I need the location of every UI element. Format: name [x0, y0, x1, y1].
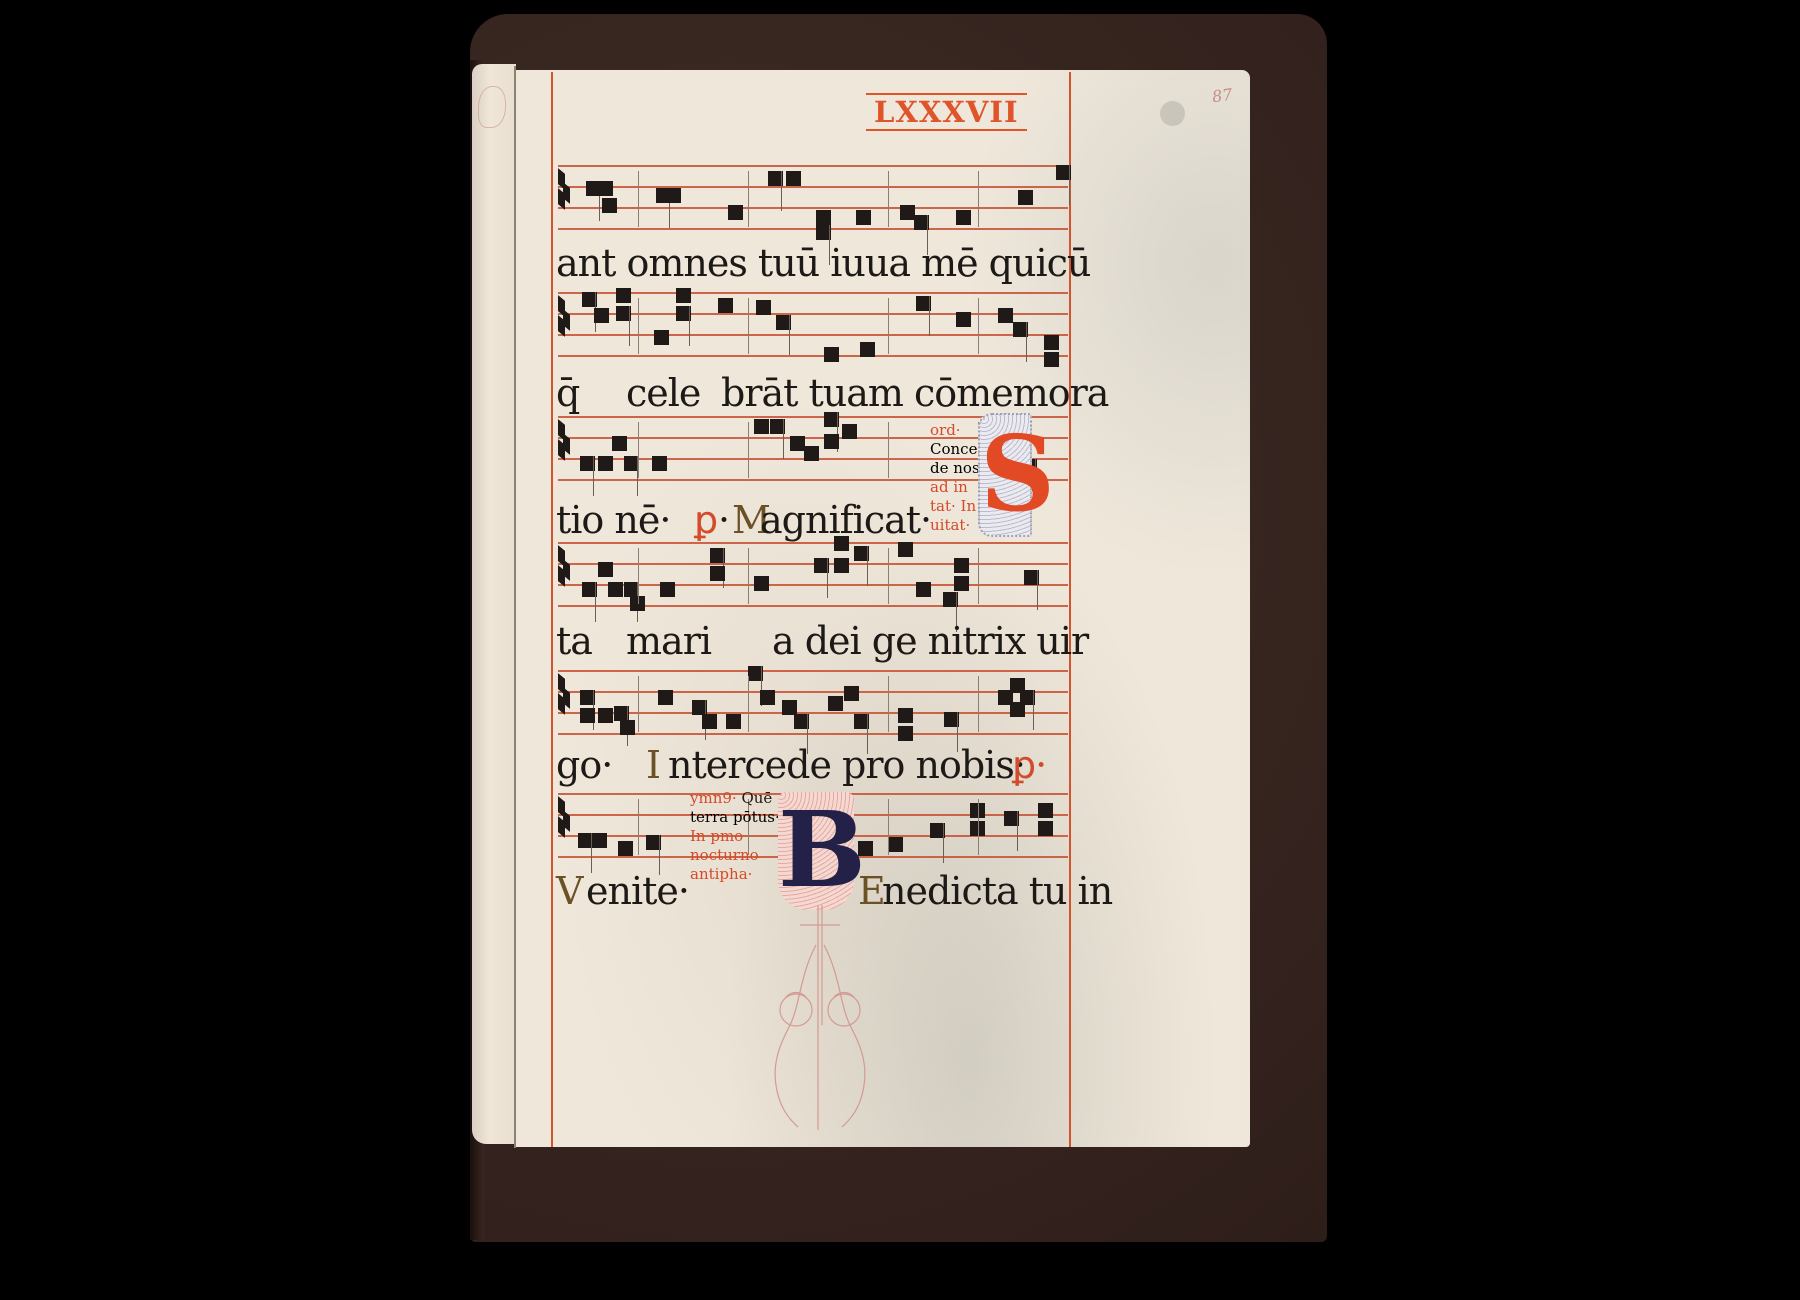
neume-note [930, 823, 945, 838]
rubric-segment: In pmo [690, 827, 743, 845]
lyric-text: cele [626, 370, 700, 416]
neume-note [580, 708, 595, 723]
neume-note [1044, 335, 1059, 350]
division-stroke [638, 422, 639, 478]
lyric-line: tamaria dei ge nitrix uir [556, 618, 1068, 664]
neume-note [654, 330, 669, 345]
neume-note [666, 188, 681, 203]
neume-note [608, 582, 623, 597]
lyric-line: q̄celebrāt tuam cōmemora [556, 370, 1068, 416]
division-stroke [638, 676, 639, 732]
neume-note [614, 706, 629, 721]
neume-note [954, 558, 969, 573]
neume-note [612, 436, 627, 451]
neume-note [828, 696, 843, 711]
division-stroke [978, 171, 979, 227]
pencil-foliation: 87 [1211, 85, 1234, 107]
division-stroke [888, 799, 889, 855]
rubric-text: Conce [930, 440, 977, 458]
staff-line [558, 186, 1068, 188]
neume-note [776, 315, 791, 330]
division-stroke [638, 548, 639, 604]
neume-note [998, 308, 1013, 323]
division-stroke [748, 422, 749, 478]
neume-note [592, 833, 607, 848]
rubric-text: ord· [930, 421, 961, 439]
neume-note [702, 714, 717, 729]
neume-note [814, 558, 829, 573]
neume-note [842, 424, 857, 439]
neume-note [834, 558, 849, 573]
neume-note [916, 296, 931, 311]
lyric-text: go· [556, 742, 612, 788]
neume-note [710, 548, 725, 563]
neume-note [898, 708, 913, 723]
neume-note [598, 181, 613, 196]
division-stroke [978, 298, 979, 354]
rubric-text: nocturno [690, 846, 759, 864]
manuscript-page [516, 70, 1250, 1147]
neume-note [598, 708, 613, 723]
staff [558, 542, 1068, 606]
clef-icon [558, 799, 570, 839]
lyric-line: ant omnes tuū iuua mē quicū [556, 240, 1068, 286]
neume-note [618, 841, 633, 856]
neume-note [1038, 803, 1053, 818]
pen-flourish-icon [760, 905, 880, 1135]
rubric-segment: nocturno [690, 846, 759, 864]
staff-line [558, 313, 1068, 315]
rubric-segment: uitat· [930, 516, 970, 534]
lyric-text: enite· [586, 868, 689, 914]
neume-note [594, 308, 609, 323]
clef-icon [558, 676, 570, 716]
division-stroke [748, 548, 749, 604]
neume-note [1056, 165, 1071, 180]
lyric-text: tio nē· [556, 497, 670, 543]
neume-note [692, 700, 707, 715]
staff-line [558, 165, 1068, 167]
neume-note [710, 566, 725, 581]
neume-note [726, 714, 741, 729]
neume-note [898, 542, 913, 557]
rubric-text: tat· In [930, 497, 976, 515]
staff [558, 670, 1068, 734]
rubric-segment: tat· In [930, 497, 976, 515]
neume-note [676, 288, 691, 303]
lyric-text: V [556, 868, 582, 914]
neume-note [754, 576, 769, 591]
division-stroke [978, 676, 979, 732]
division-stroke [888, 171, 889, 227]
division-stroke [748, 298, 749, 354]
neume-note [1024, 570, 1039, 585]
neume-note [770, 419, 785, 434]
lyric-text: brāt tuam cōmemora [721, 370, 1108, 416]
folio-number: LXXXVII [866, 93, 1027, 131]
left-page-edge [472, 64, 516, 1144]
neume-note [804, 446, 819, 461]
neume-note [888, 837, 903, 852]
rubric-segment: ymn9· [690, 789, 737, 807]
staff-line [558, 712, 1068, 714]
lyric-text: · [718, 497, 729, 543]
neume-note [854, 714, 869, 729]
division-stroke [638, 298, 639, 354]
neume-note [856, 210, 871, 225]
neume-note [616, 306, 631, 321]
neume-note [824, 434, 839, 449]
neume-note [616, 288, 631, 303]
lyric-text: ant omnes tuū iuua mē quicū [556, 240, 1090, 286]
neume-note [860, 342, 875, 357]
staff-line [558, 691, 1068, 693]
division-stroke [748, 676, 749, 732]
lyric-text: q̄ [556, 370, 579, 416]
rubric-text: ymn9· Quē [690, 789, 772, 807]
neume-note [676, 306, 691, 321]
staff-line [558, 292, 1068, 294]
neume-note [782, 700, 797, 715]
lyric-text: ꝑ· [1012, 742, 1046, 788]
neume-note [1044, 352, 1059, 367]
neume-note [660, 582, 675, 597]
neume-note [914, 215, 929, 230]
lyric-text: ꝑ [694, 497, 717, 543]
staff-line [558, 228, 1068, 230]
right-ruling-line [1069, 72, 1071, 1147]
neume-note [582, 582, 597, 597]
rubric-text: ad in [930, 478, 968, 496]
neume-note [943, 592, 958, 607]
neume-note [582, 292, 597, 307]
neume-note [620, 720, 635, 735]
initial-s-letter: S [980, 419, 1030, 529]
neume-note [718, 298, 733, 313]
division-stroke [638, 799, 639, 855]
illuminated-initial-b: B [778, 792, 854, 910]
neume-note [658, 690, 673, 705]
neume-note [652, 456, 667, 471]
neume-note [598, 562, 613, 577]
lyric-line: go·Intercede pro nobis·ꝑ· [556, 742, 1068, 788]
staff-line [558, 334, 1068, 336]
neume-note [824, 347, 839, 362]
staff [558, 165, 1068, 229]
neume-note [854, 546, 869, 561]
neume-note [580, 456, 595, 471]
neume-note [954, 576, 969, 591]
pen-scribble [478, 86, 506, 128]
neume-note [1038, 821, 1053, 836]
neume-note [944, 712, 959, 727]
staff-line [558, 563, 1068, 565]
lyric-text: a dei ge nitrix uir [772, 618, 1088, 664]
rubric-text: terra pōtus· [690, 808, 780, 826]
neume-note [578, 833, 593, 848]
neume-note [580, 690, 595, 705]
neume-note [956, 210, 971, 225]
neume-note [956, 312, 971, 327]
neume-note [816, 225, 831, 240]
staff-line [558, 670, 1068, 672]
neume-note [756, 300, 771, 315]
neume-note [728, 205, 743, 220]
neume-note [602, 198, 617, 213]
clef-icon [558, 171, 570, 211]
neume-note [790, 436, 805, 451]
division-stroke [978, 799, 979, 855]
lyric-text: ta [556, 618, 592, 664]
lyric-text: agnificat· [760, 497, 931, 543]
neume-note [624, 582, 639, 597]
clef-icon [558, 548, 570, 588]
division-stroke [978, 548, 979, 604]
illuminated-initial-s: S [978, 413, 1032, 537]
rubric-segment: antipha· [690, 865, 752, 883]
rubric-text: uitat· [930, 516, 970, 534]
division-stroke [748, 171, 749, 227]
rubric-segment: Conce [930, 440, 977, 458]
staff [558, 292, 1068, 356]
neume-note [794, 714, 809, 729]
rubric-text: de nos· [930, 459, 984, 477]
rubric-segment: ord· [930, 421, 961, 439]
neume-note [598, 456, 613, 471]
neume-note [1010, 702, 1025, 717]
neume-note [624, 456, 639, 471]
neume-note [1018, 190, 1033, 205]
division-stroke [888, 676, 889, 732]
division-stroke [888, 298, 889, 354]
stain-dot [1160, 101, 1185, 126]
lyric-text: I [646, 742, 660, 788]
neume-note [760, 690, 775, 705]
rubric-segment: terra pōtus· [690, 808, 780, 826]
neume-note [898, 726, 913, 741]
neume-note [646, 835, 661, 850]
rubric-segment: de nos· [930, 459, 984, 477]
lyric-text: nedicta tu in [882, 868, 1112, 914]
neume-note [816, 210, 831, 225]
neume-note [754, 419, 769, 434]
neume-note [844, 686, 859, 701]
left-ruling-line [551, 72, 553, 1147]
division-stroke [638, 171, 639, 227]
neume-note [916, 582, 931, 597]
clef-icon [558, 422, 570, 462]
initial-b-letter: B [778, 792, 854, 908]
neume-note [786, 171, 801, 186]
lyric-text: ntercede pro nobis· [668, 742, 1025, 788]
rubric-text: antipha· [690, 865, 752, 883]
neume-note [900, 205, 915, 220]
neume-note [1004, 811, 1019, 826]
staff-line [558, 207, 1068, 209]
staff-line [558, 355, 1068, 357]
neume-note [768, 171, 783, 186]
division-stroke [888, 422, 889, 478]
neume-note [748, 666, 763, 681]
rubric-text: In pmo [690, 827, 743, 845]
rubric-segment: Quē [737, 789, 773, 807]
lyric-text: mari [626, 618, 711, 664]
rubric-segment: ad in [930, 478, 968, 496]
neume-note [1013, 322, 1028, 337]
clef-icon [558, 298, 570, 338]
division-stroke [888, 548, 889, 604]
